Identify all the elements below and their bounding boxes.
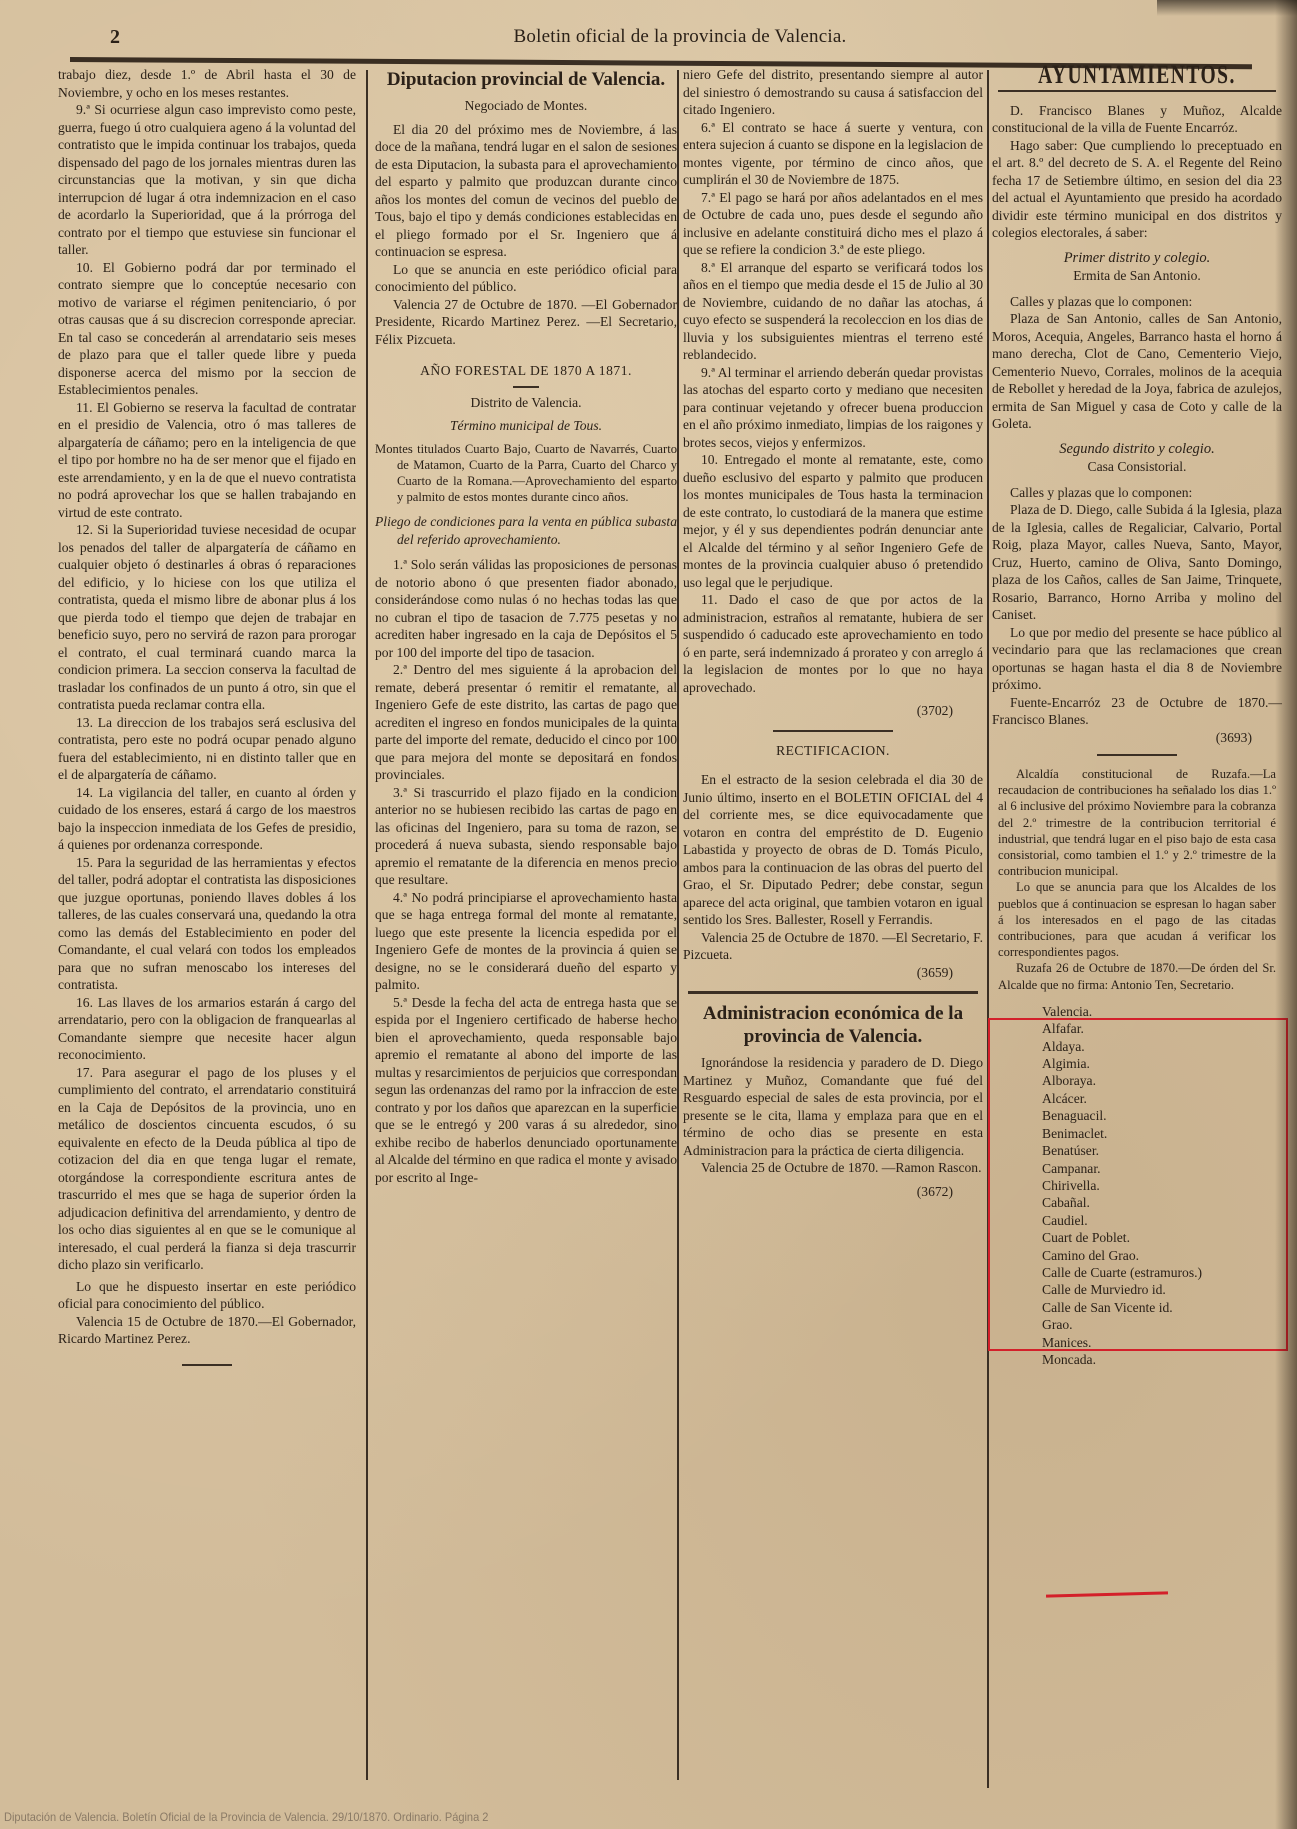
termino-label: Término municipal de Tous. <box>375 417 677 435</box>
signature: Valencia 27 de Octubre de 1870. —El Gobe… <box>375 296 677 349</box>
calles-label: Calles y plazas que lo componen: <box>992 293 1282 311</box>
section-title-diputacion: Diputacion provincial de Valencia. <box>375 68 677 91</box>
condition-2: 2.ª Dentro del mes siguiente á la aproba… <box>375 661 677 784</box>
condition-9: 9.ª Al terminar el arriendo deberán qued… <box>683 364 983 452</box>
rectificacion-title: RECTIFICACION. <box>683 742 983 760</box>
clause-10: 10. El Gobierno podrá dar por terminado … <box>58 259 356 399</box>
clause-9: 9.ª Si ocurriese algun caso imprevisto c… <box>58 101 356 259</box>
condition-1: 1.ª Solo serán válidas las proposiciones… <box>375 556 677 661</box>
forestal-title: AÑO FORESTAL DE 1870 A 1871. <box>375 362 677 380</box>
section-title-ayuntamientos: AYUNTAMIENTOS. <box>1028 66 1246 84</box>
ruzafa-paragraph: Lo que se anuncia para que los Alcaldes … <box>998 879 1276 960</box>
pliego-title: Pliego de condiciones para la venta en p… <box>375 513 677 548</box>
column-1: trabajo diez, desde 1.º de Abril hasta e… <box>58 66 356 1372</box>
paragraph: trabajo diez, desde 1.º de Abril hasta e… <box>58 66 356 101</box>
calles-list-2: Plaza de D. Diego, calle Subida á la Igl… <box>992 501 1282 624</box>
red-underline-mark <box>1046 1591 1168 1597</box>
segundo-distrito: Segundo distrito y colegio. <box>992 441 1282 459</box>
column-2: Diputacion provincial de Valencia. Negoc… <box>375 66 677 1186</box>
announcement-paragraph: El dia 20 del próximo mes de Noviembre, … <box>375 121 677 261</box>
calles-label: Calles y plazas que lo componen: <box>992 484 1282 502</box>
clause-16: 16. Las llaves de los armarios estarán á… <box>58 994 356 1064</box>
clause-13: 13. La direccion de los trabajos será es… <box>58 714 356 784</box>
section-subtitle: Negociado de Montes. <box>375 97 677 115</box>
title-rule <box>998 90 1276 92</box>
red-highlight-box <box>988 1018 1288 1351</box>
reference-number: (3672) <box>683 1183 983 1201</box>
segundo-lugar: Casa Consistorial. <box>992 458 1282 476</box>
ruzafa-notice: Alcaldía constitucional de Ruzafa.—La re… <box>998 766 1276 879</box>
signature: Valencia 25 de Octubre de 1870. —El Secr… <box>683 929 983 964</box>
alcalde-intro: D. Francisco Blanes y Muñoz, Alcalde con… <box>992 102 1282 137</box>
condition-5: 5.ª Desde la fecha del acta de entrega h… <box>375 994 677 1187</box>
district-label: Distrito de Valencia. <box>375 394 677 412</box>
section-divider <box>688 991 978 994</box>
condition-3: 3.ª Si trascurrido el plazo fijado en la… <box>375 784 677 889</box>
clause-15: 15. Para la seguridad de las herramienta… <box>58 854 356 994</box>
condition-8: 8.ª El arranque del esparto se verificar… <box>683 259 983 364</box>
page-header: 2 Boletin oficial de la provincia de Val… <box>110 22 1250 54</box>
condition-6: 6.ª El contrato se hace á suerte y ventu… <box>683 119 983 189</box>
condition-10: 10. Entregado el monte al rematante, est… <box>683 451 983 591</box>
admin-paragraph: Ignorándose la residencia y paradero de … <box>683 1054 983 1159</box>
section-divider <box>773 730 893 732</box>
dash-divider <box>513 386 539 388</box>
column-divider <box>987 70 989 1788</box>
signature: Fuente-Encarróz 23 de Octubre de 1870.—F… <box>992 694 1282 729</box>
end-dash <box>182 1364 232 1366</box>
newspaper-page: 2 Boletin oficial de la provincia de Val… <box>0 0 1297 1829</box>
page-edge-shadow <box>1275 0 1297 1829</box>
hago-saber: Hago saber: Que cumpliendo lo preceptuad… <box>992 137 1282 242</box>
citation-footer: Diputación de Valencia. Boletín Oficial … <box>4 1810 488 1824</box>
closing-paragraph: Lo que por medio del presente se hace pú… <box>992 624 1282 694</box>
signature: Valencia 25 de Octubre de 1870. —Ramon R… <box>683 1159 983 1177</box>
condition-7: 7.ª El pago se hará por años adelantados… <box>683 189 983 259</box>
signature: Valencia 15 de Octubre de 1870.—El Gober… <box>58 1313 356 1348</box>
column-divider <box>366 70 368 1780</box>
condition-4: 4.ª No podrá principiarse el aprovechami… <box>375 889 677 994</box>
ruzafa-signature: Ruzafa 26 de Octubre de 1870.—De órden d… <box>998 960 1276 992</box>
clause-12: 12. Si la Superioridad tuviese necesidad… <box>58 521 356 714</box>
clause-14: 14. La vigilancia del taller, en cuanto … <box>58 784 356 854</box>
column-divider <box>677 70 679 1780</box>
primer-lugar: Ermita de San Antonio. <box>992 267 1282 285</box>
condition-11: 11. Dado el caso de que por actos de la … <box>683 591 983 696</box>
announcement-paragraph: Lo que se anuncia en este periódico ofic… <box>375 261 677 296</box>
rectificacion-paragraph: En el estracto de la sesion celebrada el… <box>683 771 983 929</box>
paragraph: niero Gefe del distrito, presentando sie… <box>683 66 983 119</box>
clause-17: 17. Para asegurar el pago de los pluses … <box>58 1064 356 1274</box>
montes-description: Montes titulados Cuarto Bajo, Cuarto de … <box>375 441 677 506</box>
running-title: Boletin oficial de la provincia de Valen… <box>110 26 1250 48</box>
section-divider <box>1097 754 1177 756</box>
town-item: Moncada. <box>1042 1351 1282 1368</box>
section-title-administracion: Administracion económica de la provincia… <box>683 1002 983 1048</box>
page-corner-shadow <box>1157 0 1297 16</box>
reference-number: (3702) <box>683 702 983 720</box>
reference-number: (3693) <box>992 729 1282 747</box>
clause-11: 11. El Gobierno se reserva la facultad d… <box>58 399 356 522</box>
primer-distrito: Primer distrito y colegio. <box>992 250 1282 268</box>
closing-paragraph: Lo que he dispuesto insertar en este per… <box>58 1278 356 1313</box>
column-3: niero Gefe del distrito, presentando sie… <box>683 66 983 1200</box>
reference-number: (3659) <box>683 964 983 982</box>
calles-list-1: Plaza de San Antonio, calles de San Anto… <box>992 310 1282 433</box>
